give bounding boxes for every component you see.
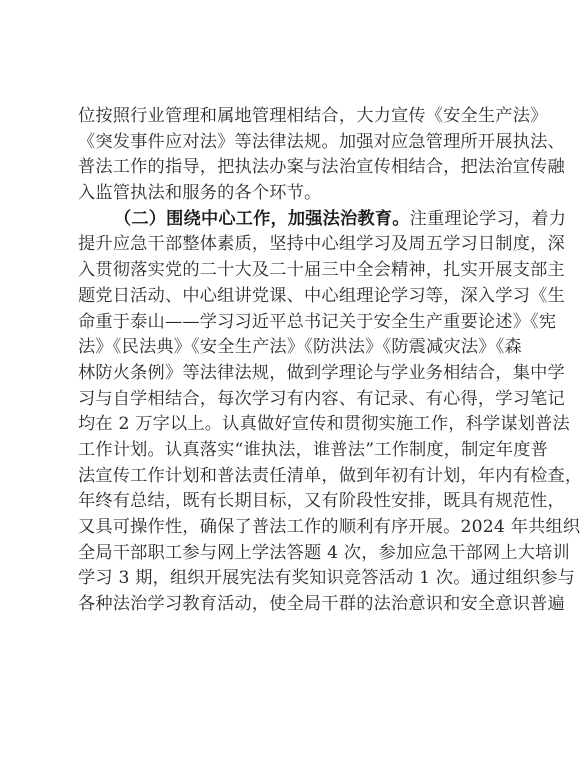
document-page: 位按照行业管理和属地管理相结合，大力宣传《安全生产法》 《突发事件应对法》等法律… — [0, 0, 586, 759]
paragraph-2-line: 法》《民法典》《安全生产法》《防洪法》《防震减灾法》《森 — [78, 335, 514, 361]
paragraph-2-line: 法宣传工作计划和普法责任清单，做到年初有计划，年内有检查， — [78, 464, 514, 490]
paragraph-2-line: 林防火条例》等法律法规，做到学理论与学业务相结合，集中学 — [78, 361, 514, 387]
paragraph-2-line: 各种法治学习教育活动，使全局干群的法治意识和安全意识普遍 — [78, 592, 514, 618]
paragraph-2-line: 工作计划。认真落实“谁执法，谁普法”工作制度，制定年度普 — [78, 438, 514, 464]
paragraph-2-line: 习与自学相结合，每次学习有内容、有记录、有心得，学习笔记 — [78, 387, 514, 413]
paragraph-1-line: 普法工作的指导，把执法办案与法治宣传相结合，把法治宣传融 — [78, 155, 514, 181]
paragraph-1-line: 入监管执法和服务的各个环节。 — [78, 181, 514, 207]
paragraph-2-line: 全局干部职工参与网上学法答题 4 次，参加应急干部网上大培训 — [78, 541, 514, 567]
paragraph-2-first-line: （二）围绕中心工作，加强法治教育。注重理论学习，着力 — [78, 207, 514, 233]
paragraph-1-line: 位按照行业管理和属地管理相结合，大力宣传《安全生产法》 — [78, 104, 514, 130]
document-body: 位按照行业管理和属地管理相结合，大力宣传《安全生产法》 《突发事件应对法》等法律… — [78, 104, 514, 618]
paragraph-2-line: 均在 2 万字以上。认真做好宣传和贯彻实施工作，科学谋划普法 — [78, 412, 514, 438]
section-heading: （二）围绕中心工作，加强法治教育。 — [114, 209, 410, 229]
paragraph-2-line: 年终有总结，既有长期目标，又有阶段性安排，既具有规范性， — [78, 489, 514, 515]
paragraph-2-line: 学习 3 期，组织开展宪法有奖知识竞答活动 1 次。通过组织参与 — [78, 566, 514, 592]
paragraph-2-line: 又具可操作性，确保了普法工作的顺利有序开展。2024 年共组织 — [78, 515, 514, 541]
paragraph-2-line: 题党日活动、中心组讲党课、中心组理论学习等，深入学习《生 — [78, 284, 514, 310]
paragraph-2-first-line-text: 注重理论学习，着力 — [410, 209, 567, 229]
paragraph-2-line: 入贯彻落实党的二十大及二十届三中全会精神，扎实开展支部主 — [78, 258, 514, 284]
paragraph-2-line: 提升应急干部整体素质，坚持中心组学习及周五学习日制度，深 — [78, 232, 514, 258]
paragraph-1-line: 《突发事件应对法》等法律法规。加强对应急管理所开展执法、 — [78, 130, 514, 156]
paragraph-2-line: 命重于泰山——学习习近平总书记关于安全生产重要论述》《宪 — [78, 310, 514, 336]
